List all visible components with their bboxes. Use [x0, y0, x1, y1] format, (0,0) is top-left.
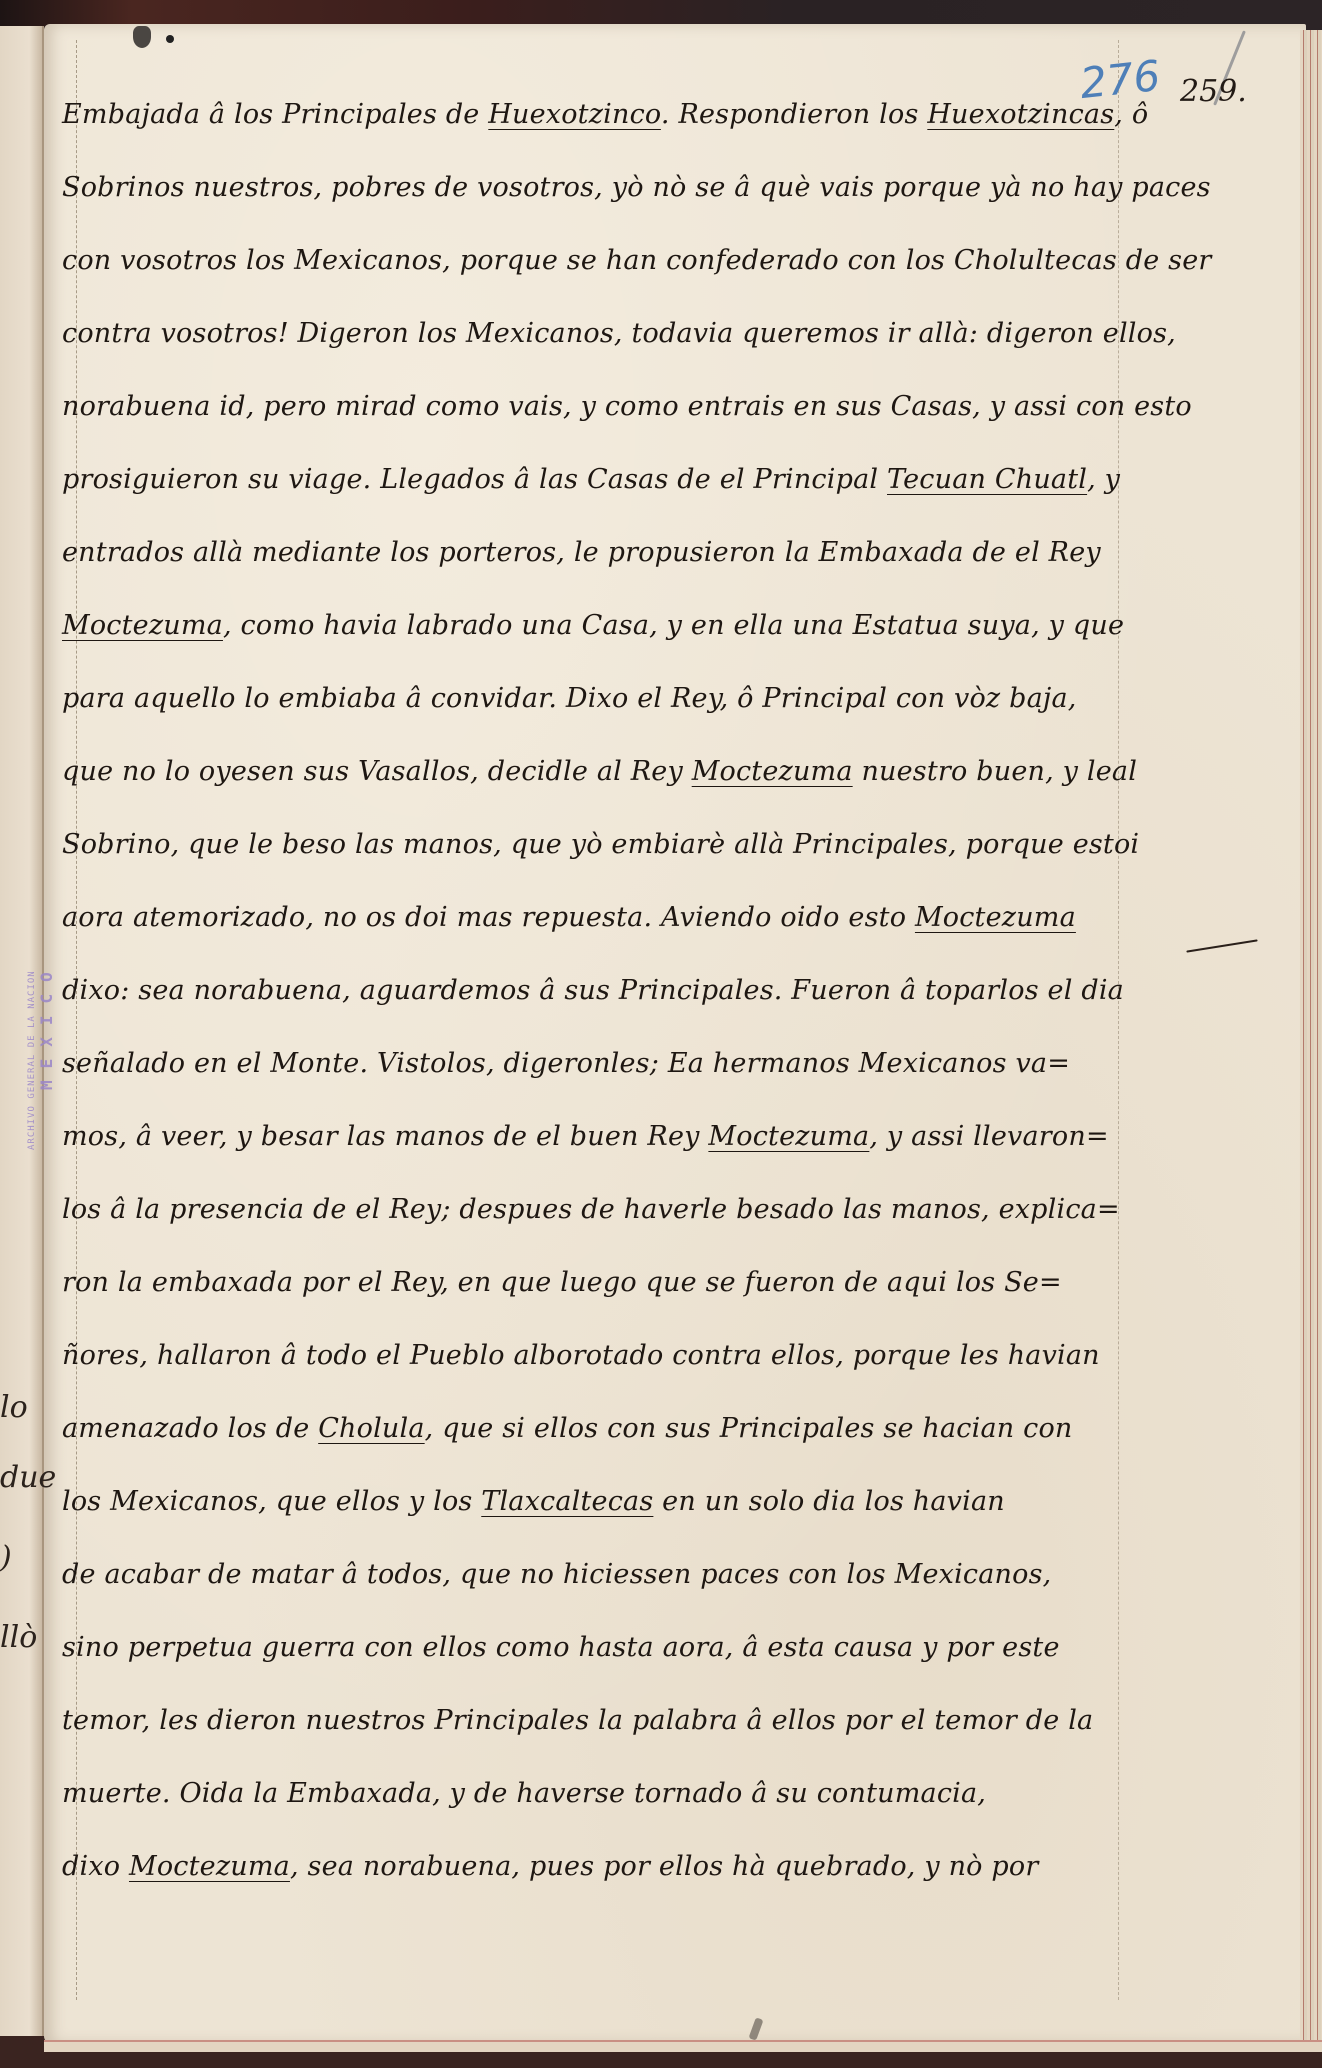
manuscript-line: norabuena id, pero mirad como vais, y co… [62, 370, 1172, 443]
underlined-proper-noun: Tlaxcaltecas [481, 1486, 653, 1517]
left-margin-fragment: lo [0, 1390, 28, 1425]
underlined-proper-noun: Huexotzinco [488, 99, 661, 130]
text-segment: temor, les dieron nuestros Principales l… [62, 1705, 1093, 1736]
text-segment: señalado en el Monte. Vistolos, digeronl… [62, 1048, 1070, 1079]
page-bottom-edge [44, 2040, 1322, 2068]
manuscript-line: Sobrinos nuestros, pobres de vosotros, y… [62, 151, 1172, 224]
page-number: 259. [1180, 74, 1247, 109]
text-segment: Sobrinos nuestros, pobres de vosotros, y… [62, 172, 1211, 203]
text-segment: para aquello lo embiaba â convidar. Dixo… [62, 683, 1077, 714]
ink-blot [133, 26, 151, 48]
text-segment: , que si ellos con sus Principales se ha… [425, 1413, 1073, 1444]
manuscript-line: sino perpetua guerra con ellos como hast… [62, 1611, 1172, 1684]
text-segment: dixo [62, 1851, 129, 1882]
text-segment: , sea norabuena, pues por ellos hà quebr… [290, 1851, 1039, 1882]
text-segment: sino perpetua guerra con ellos como hast… [62, 1632, 1060, 1663]
manuscript-line: mos, â veer, y besar las manos de el bue… [62, 1100, 1172, 1173]
text-segment: . Respondieron los [661, 99, 927, 130]
manuscript-line: dixo Moctezuma, sea norabuena, pues por … [62, 1830, 1172, 1903]
text-segment: los Mexicanos, que ellos y los [62, 1486, 481, 1517]
text-segment: , ô [1114, 99, 1148, 130]
text-segment: contra vosotros! Digeron los Mexicanos, … [62, 318, 1176, 349]
underlined-proper-noun: Tecuan Chuatl [887, 464, 1087, 495]
text-segment: Sobrino, que le beso las manos, que yò e… [62, 829, 1139, 860]
page-stack-edge [1300, 30, 1322, 2050]
underlined-proper-noun: Cholula [318, 1413, 424, 1444]
text-segment: , como havia labrado una Casa, y en ella… [223, 610, 1124, 641]
text-segment: ron la embaxada por el Rey, en que luego… [62, 1267, 1062, 1298]
manuscript-line: aora atemorizado, no os doi mas repuesta… [62, 881, 1172, 954]
text-segment: muerte. Oida la Embaxada, y de haverse t… [62, 1778, 986, 1809]
manuscript-line: amenazado los de Cholula, que si ellos c… [62, 1392, 1172, 1465]
manuscript-line: muerte. Oida la Embaxada, y de haverse t… [62, 1757, 1172, 1830]
text-segment: nuestro buen, y leal [853, 756, 1137, 787]
text-segment: que no lo oyesen sus Vasallos, decidle a… [62, 756, 692, 787]
left-margin-fragment: llò [0, 1620, 37, 1655]
underlined-proper-noun: Moctezuma [129, 1851, 290, 1882]
text-segment: Embajada â los Principales de [62, 99, 488, 130]
text-segment: , y [1087, 464, 1120, 495]
manuscript-line: Sobrino, que le beso las manos, que yò e… [62, 808, 1172, 881]
stamp-country: MEXICO [38, 960, 56, 1150]
left-margin-fragment: ) [0, 1540, 12, 1575]
manuscript-text: Embajada â los Principales de Huexotzinc… [62, 78, 1172, 1903]
text-segment: , y assi llevaron= [869, 1121, 1108, 1152]
manuscript-line: temor, les dieron nuestros Principales l… [62, 1684, 1172, 1757]
text-segment: los â la presencia de el Rey; despues de… [62, 1194, 1120, 1225]
manuscript-line: con vosotros los Mexicanos, porque se ha… [62, 224, 1172, 297]
manuscript-line: ñores, hallaron â todo el Pueblo alborot… [62, 1319, 1172, 1392]
text-segment: con vosotros los Mexicanos, porque se ha… [62, 245, 1212, 276]
manuscript-line: contra vosotros! Digeron los Mexicanos, … [62, 297, 1172, 370]
manuscript-line: de acabar de matar â todos, que no hicie… [62, 1538, 1172, 1611]
text-segment: prosiguieron su viage. Llegados â las Ca… [62, 464, 887, 495]
text-segment: mos, â veer, y besar las manos de el bue… [62, 1121, 708, 1152]
manuscript-line: ron la embaxada por el Rey, en que luego… [62, 1246, 1172, 1319]
text-segment: ñores, hallaron â todo el Pueblo alborot… [62, 1340, 1100, 1371]
underlined-proper-noun: Moctezuma [692, 756, 853, 787]
manuscript-line: Embajada â los Principales de Huexotzinc… [62, 78, 1172, 151]
ink-dot [166, 35, 174, 43]
manuscript-line: los Mexicanos, que ellos y los Tlaxcalte… [62, 1465, 1172, 1538]
underlined-proper-noun: Moctezuma [708, 1121, 869, 1152]
manuscript-line: entrados allà mediante los porteros, le … [62, 516, 1172, 589]
manuscript-line: señalado en el Monte. Vistolos, digeronl… [62, 1027, 1172, 1100]
text-segment: amenazado los de [62, 1413, 318, 1444]
left-margin-fragment: due [0, 1460, 56, 1495]
manuscript-line: Moctezuma, como havia labrado una Casa, … [62, 589, 1172, 662]
text-segment: norabuena id, pero mirad como vais, y co… [62, 391, 1192, 422]
text-segment: en un solo dia los havian [653, 1486, 1004, 1517]
archive-stamp: ARCHIVO GENERAL DE LA NACION MEXICO [28, 960, 55, 1150]
manuscript-line: los â la presencia de el Rey; despues de… [62, 1173, 1172, 1246]
text-segment: de acabar de matar â todos, que no hicie… [62, 1559, 1051, 1590]
underlined-proper-noun: Moctezuma [62, 610, 223, 641]
text-segment: entrados allà mediante los porteros, le … [62, 537, 1101, 568]
text-segment: aora atemorizado, no os doi mas repuesta… [62, 902, 915, 933]
underlined-proper-noun: Huexotzincas [927, 99, 1114, 130]
manuscript-line: para aquello lo embiaba â convidar. Dixo… [62, 662, 1172, 735]
manuscript-line: dixo: sea norabuena, aguardemos â sus Pr… [62, 954, 1172, 1027]
text-segment: dixo: sea norabuena, aguardemos â sus Pr… [62, 975, 1124, 1006]
underlined-proper-noun: Moctezuma [915, 902, 1076, 933]
manuscript-line: que no lo oyesen sus Vasallos, decidle a… [62, 735, 1172, 808]
manuscript-line: prosiguieron su viage. Llegados â las Ca… [62, 443, 1172, 516]
